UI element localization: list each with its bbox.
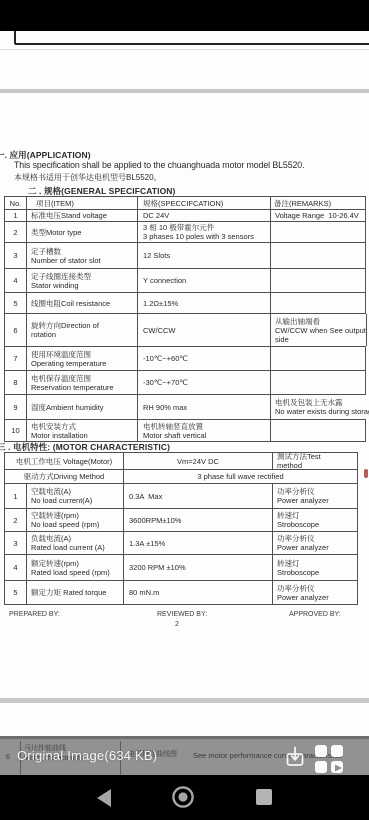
reviewed-by-value: 2 (175, 621, 179, 628)
driving-method-label: 驱动方式Driving Method (5, 470, 124, 483)
cell-spec: CW/CCW (138, 314, 271, 346)
table-row: 1 标准电压Stand voltage DC 24V Voltage Range… (5, 210, 366, 222)
prepared-by-label: PREPARED BY: (9, 611, 60, 618)
recents-icon[interactable] (256, 789, 272, 805)
cell-remark: Voltage Range 10-26.4V (271, 210, 366, 221)
table-header-row: No. 项目(ITEM) 规格(SPECCIFCATION) 备注(REMARK… (5, 197, 366, 210)
cell-no: 7 (5, 347, 27, 370)
home-icon[interactable] (170, 784, 196, 815)
header-remarks: 备注(REMARKS) (271, 197, 366, 209)
viewer-bottom-bar: 6 马达性能曲线 Motor characteristic 电机特性曲线图 Se… (0, 736, 369, 775)
cell-item: 标准电压Stand voltage (27, 210, 138, 221)
driving-method-value: 3 phase full wave rectified (124, 470, 358, 483)
cell-item: 定子线圈连接类型 Stator winding (27, 269, 138, 292)
grid-icon[interactable] (313, 743, 345, 780)
approved-by-label: APPROVED BY: (289, 611, 341, 618)
cell-no: 8 (5, 371, 27, 394)
table-row: 6 旋转方向Direction of rotation CW/CCW 从输出轴端… (5, 314, 366, 347)
cell-no: 5 (5, 293, 27, 313)
cell-no: 9 (5, 395, 27, 419)
cell-method: 转速灯 Stroboscope (273, 555, 358, 580)
motor-characteristic-table: 电机工作电压 Voltage(Motor) Vm=24V DC 测试方法Test… (4, 452, 358, 605)
cell-no: 1 (5, 484, 27, 508)
cell-spec: RH 90% max (138, 395, 271, 419)
cell-method: 转速灯 Stroboscope (273, 509, 358, 531)
android-nav-bar (0, 775, 369, 820)
cell-no: 4 (5, 555, 27, 580)
cell-spec: 0.3A Max (124, 484, 273, 508)
cell-item: 使用环境温度范围 Operating temperature (27, 347, 138, 370)
cell-item: 额定转速(rpm) Rated load speed (rpm) (27, 555, 124, 580)
cell-spec: 80 mN.m (124, 581, 273, 604)
cell-spec: 1.2Ω±15% (138, 293, 271, 313)
cell-remark (271, 269, 366, 292)
cell-remark (271, 293, 366, 313)
table-row: 8 电机保存温度范围 Reservation temperature -30℃~… (5, 371, 366, 395)
cell-item: 线圈电阻Coil resistance (27, 293, 138, 313)
table-header-row: 驱动方式Driving Method 3 phase full wave rec… (5, 470, 358, 484)
cell-spec: 12 Slots (138, 243, 271, 268)
cell-item: 类型Motor type (27, 222, 138, 242)
cell-no: 3 (5, 243, 27, 268)
general-spec-table: No. 项目(ITEM) 规格(SPECCIFCATION) 备注(REMARK… (4, 196, 366, 442)
cell-spec: -30℃~+70℃ (138, 371, 271, 394)
cell-spec: Y connection (138, 269, 271, 292)
table-row: 3 负载电流(A) Rated load current (A) 1.3A ±1… (5, 532, 358, 555)
cell-spec: DC 24V (138, 210, 271, 221)
table-row: 2 类型Motor type 3 相 10 极带霍尔元件 3 phases 10… (5, 222, 366, 243)
table-row: 4 额定转速(rpm) Rated load speed (rpm) 3200 … (5, 555, 358, 581)
cell-item: 电机保存温度范围 Reservation temperature (27, 371, 138, 394)
cell-item: 额定力矩 Rated torque (27, 581, 124, 604)
cell-remark (271, 420, 366, 441)
page-separator-bottom (0, 698, 369, 703)
cell-spec: 3 相 10 极带霍尔元件 3 phases 10 poles with 3 s… (138, 222, 271, 242)
header-no: No. (5, 197, 27, 209)
table-header-row: 电机工作电压 Voltage(Motor) Vm=24V DC 测试方法Test… (5, 453, 358, 470)
download-icon[interactable] (283, 745, 307, 774)
page-edge-shadow (0, 49, 369, 50)
cell-spec: 3600RPM±10% (124, 509, 273, 531)
cell-item: 负载电流(A) Rated load current (A) (27, 532, 124, 554)
cell-spec: 1.3A ±15% (124, 532, 273, 554)
section1-english-line: This specification shall be applied to t… (14, 160, 304, 170)
cell-item: 空载转速(rpm) No load speed (rpm) (27, 509, 124, 531)
reviewed-by-label: REVIEWED BY: (157, 611, 207, 618)
cell-remark (271, 347, 366, 370)
document-image[interactable]: 一. 应用(APPLICATION) This specification sh… (0, 31, 369, 775)
table-row: 2 空载转速(rpm) No load speed (rpm) 3600RPM±… (5, 509, 358, 532)
cell-remark: 从输出轴端看 CW/CCW when See output side (271, 314, 367, 346)
cell-no: 4 (5, 269, 27, 292)
table-row: 10 电机安装方式 Motor installation 电机转轴竖直放置 Mo… (5, 420, 366, 442)
voltage-value: Vm=24V DC (124, 453, 273, 469)
cell-no: 2 (5, 222, 27, 242)
cell-item: 空载电流(A) No load current(A) (27, 484, 124, 508)
cell-item: 定子槽数 Number of stator slot (27, 243, 138, 268)
table-row: 4 定子线圈连接类型 Stator winding Y connection (5, 269, 366, 293)
cell-remark: 电机及包装上无水露 No water exists during storage (271, 395, 369, 419)
red-stamp-fragment (364, 469, 368, 478)
header-spec: 规格(SPECCIFCATION) (138, 197, 271, 209)
cell-no: 5 (5, 581, 27, 604)
cell-spec: 电机转轴竖直放置 Motor shaft vertical (138, 420, 271, 441)
phone-screen: 一. 应用(APPLICATION) This specification sh… (0, 0, 369, 820)
section1-chinese-line: 本规格书适用于创华达电机型号BL5520。 (14, 172, 162, 183)
cell-method: 功率分析仪 Power analyzer (273, 581, 358, 604)
test-method-header: 测试方法Test method (273, 453, 358, 469)
cell-no: 6 (5, 314, 27, 346)
doc-row6-no: 6 (6, 753, 10, 763)
table-row: 9 湿度Ambient humidity RH 90% max 电机及包装上无水… (5, 395, 366, 420)
table-row: 5 额定力矩 Rated torque 80 mN.m 功率分析仪 Power … (5, 581, 358, 605)
cell-remark (271, 371, 366, 394)
table-row: 3 定子槽数 Number of stator slot 12 Slots (5, 243, 366, 269)
cell-no: 1 (5, 210, 27, 221)
cell-method: 功率分析仪 Power analyzer (273, 532, 358, 554)
header-item: 项目(ITEM) (27, 197, 138, 209)
status-bar (0, 0, 369, 31)
cell-method: 功率分析仪 Power analyzer (273, 484, 358, 508)
voltage-label: 电机工作电压 Voltage(Motor) (5, 453, 124, 469)
cell-remark (271, 243, 366, 268)
cell-no: 3 (5, 532, 27, 554)
cell-spec: -10℃~+60℃ (138, 347, 271, 370)
table-row: 5 线圈电阻Coil resistance 1.2Ω±15% (5, 293, 366, 314)
cell-item: 湿度Ambient humidity (27, 395, 138, 419)
cell-no: 2 (5, 509, 27, 531)
cell-item: 旋转方向Direction of rotation (27, 314, 138, 346)
page-separator-top (0, 89, 369, 93)
page-edge-line-horizontal (15, 43, 369, 45)
back-icon[interactable] (95, 787, 111, 814)
cell-no: 10 (5, 420, 27, 441)
cell-item: 电机安装方式 Motor installation (27, 420, 138, 441)
cell-remark (271, 222, 366, 242)
original-image-button[interactable]: Original Image(634 KB) (17, 748, 157, 763)
cell-spec: 3200 RPM ±10% (124, 555, 273, 580)
table-row: 1 空载电流(A) No load current(A) 0.3A Max 功率… (5, 484, 358, 509)
table-row: 7 使用环境温度范围 Operating temperature -10℃~+6… (5, 347, 366, 371)
